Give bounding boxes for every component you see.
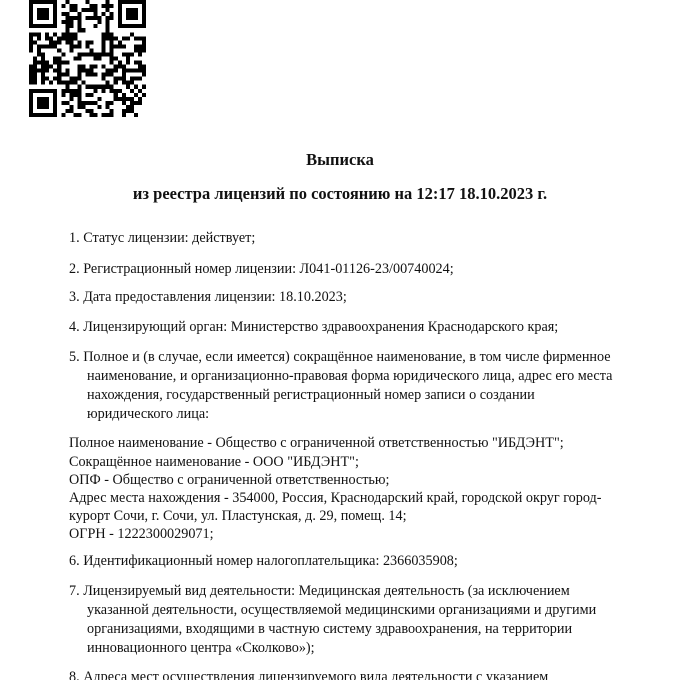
license-item-2: 2. Регистрационный номер лицензии: Л041-… — [69, 260, 454, 278]
org-detail-line: курорт Сочи, г. Сочи, ул. Пластунская, д… — [69, 507, 407, 525]
license-item-3: 3. Дата предоставления лицензии: 18.10.2… — [69, 288, 347, 306]
org-detail-line: ОПФ - Общество с ограниченной ответствен… — [69, 471, 389, 489]
org-detail-line: ОГРН - 1222300029071; — [69, 525, 214, 543]
license-item-1: 1. Статус лицензии: действует; — [69, 229, 255, 247]
license-item-4: 4. Лицензирующий орган: Министерство здр… — [69, 318, 558, 336]
license-item-5: нахождения, государственный регистрацион… — [87, 386, 535, 404]
license-item-5: наименование, и организационно-правовая … — [87, 367, 612, 385]
license-item-7: 7. Лицензируемый вид деятельности: Медиц… — [69, 582, 570, 600]
document-subtitle: из реестра лицензий по состоянию на 12:1… — [0, 184, 680, 204]
document-title: Выписка — [0, 150, 680, 170]
license-item-5: юридического лица: — [87, 405, 209, 423]
org-detail-line: Адрес места нахождения - 354000, Россия,… — [69, 489, 602, 507]
org-detail-line: Сокращённое наименование - ООО "ИБДЭНТ"; — [69, 453, 359, 471]
license-item-7: организациями, входящими в частную систе… — [87, 620, 572, 638]
qr-code — [29, 0, 146, 117]
license-item-6: 6. Идентификационный номер налогоплатель… — [69, 552, 458, 570]
license-item-7: указанной деятельности, осуществляемой м… — [87, 601, 596, 619]
license-item-5: 5. Полное и (в случае, если имеется) сок… — [69, 348, 611, 366]
license-item-7: инновационного центра «Сколково»); — [87, 639, 315, 657]
license-item-8: 8. Адреса мест осуществления лицензируем… — [69, 668, 548, 680]
org-detail-line: Полное наименование - Общество с огранич… — [69, 434, 564, 452]
